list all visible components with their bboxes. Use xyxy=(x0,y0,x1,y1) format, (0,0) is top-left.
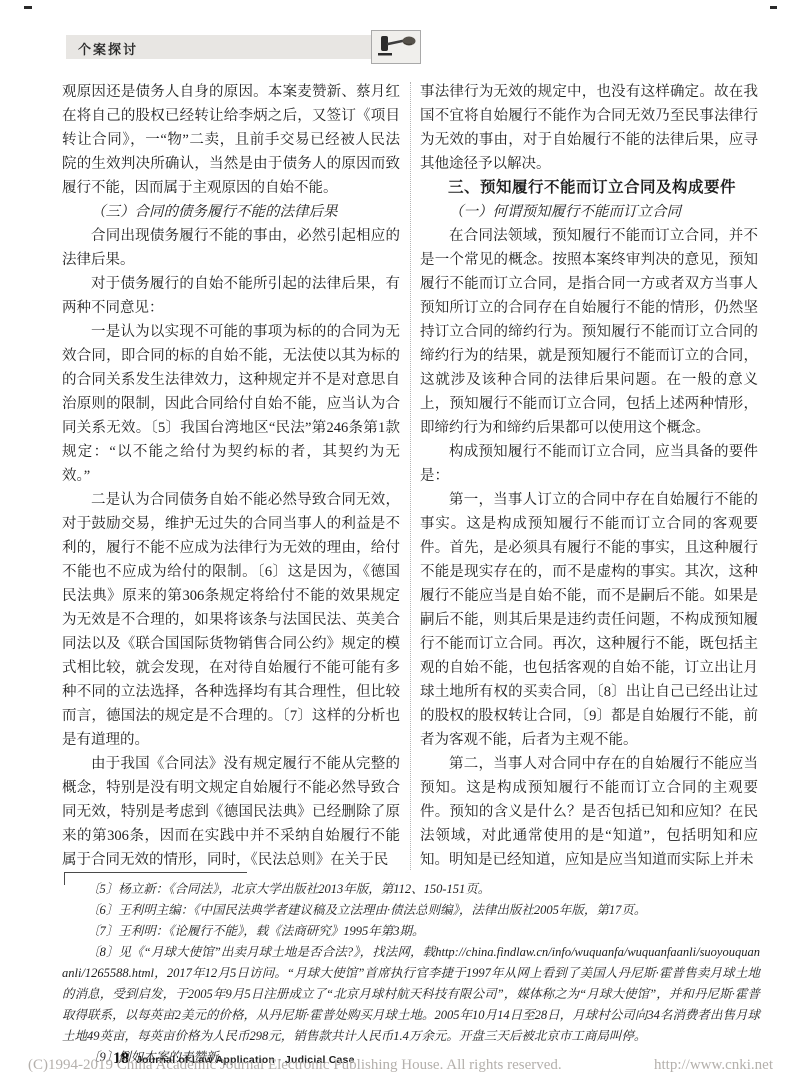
column-divider xyxy=(410,82,411,870)
footnote-5: 〔5〕杨立新：《合同法》，北京大学出版社2013年版，第112、150-151页… xyxy=(62,879,760,900)
footnote-7: 〔7〕王利明：《论履行不能》，载《法商研究》1995年第3期。 xyxy=(62,921,760,942)
section-header-bar: 个案探讨 xyxy=(66,35,420,59)
paragraph: 二是认为合同债务自始不能必然导致合同无效，对于鼓励交易，维护无过失的合同当事人的… xyxy=(62,488,400,752)
paragraph: 第一，当事人订立的合同中存在自始履行不能的事实。这是构成预知履行不能而订立合同的… xyxy=(420,488,758,752)
footnotes: 〔5〕杨立新：《合同法》，北京大学出版社2013年版，第112、150-151页… xyxy=(62,879,760,1068)
paragraph-continuation: 事法律行为无效的规定中，也没有这样确定。故在我国不宜将自始履行不能作为合同无效乃… xyxy=(420,80,758,176)
footnote-6: 〔6〕王利明主编：《中国民法典学者建议稿及立法理由·债法总则编》，法律出版社20… xyxy=(62,900,760,921)
paragraph: 构成预知履行不能而订立合同，应当具备的要件是： xyxy=(420,440,758,488)
journal-page: 个案探讨 观原因还是债务人自身的原因。本案麦赞新、蔡月红在将自己的股权已经转让给… xyxy=(0,0,800,1080)
paragraph-continuation: 观原因还是债务人自身的原因。本案麦赞新、蔡月红在将自己的股权已经转让给李炳之后，… xyxy=(62,80,400,200)
scan-artifact xyxy=(24,6,32,9)
right-column: 事法律行为无效的规定中，也没有这样确定。故在我国不宜将自始履行不能作为合同无效乃… xyxy=(420,80,758,872)
copyright-text: (C)1994-2019 China Academic Journal Elec… xyxy=(28,1057,562,1074)
left-column: 观原因还是债务人自身的原因。本案麦赞新、蔡月红在将自己的股权已经转让给李炳之后，… xyxy=(62,80,400,872)
cnki-url: http://www.cnki.net xyxy=(654,1057,773,1074)
copyright-watermark: (C)1994-2019 China Academic Journal Elec… xyxy=(28,1057,773,1074)
paragraph: 一是认为以实现不可能的事项为标的的合同为无效合同，即合同的标的自始不能，无法使以… xyxy=(62,320,400,488)
paragraph: 在合同法领域，预知履行不能而订立合同，并不是一个常见的概念。按照本案终审判决的意… xyxy=(420,224,758,440)
paragraph: 对于债务履行的自始不能所引起的法律后果，有两种不同意见： xyxy=(62,272,400,320)
gavel-icon xyxy=(371,30,421,64)
scan-artifact xyxy=(770,6,777,9)
section-heading: 三、预知履行不能而订立合同及构成要件 xyxy=(420,176,758,200)
subsection-heading: （三）合同的债务履行不能的法律后果 xyxy=(62,200,400,224)
paragraph: 第二，当事人对合同中存在的自始履行不能应当预知。这是构成预知履行不能而订立合同的… xyxy=(420,752,758,872)
subsection-heading: （一）何谓预知履行不能而订立合同 xyxy=(420,200,758,224)
paragraph: 由于我国《合同法》没有规定履行不能从完整的概念，特别是没有明文规定自始履行不能必… xyxy=(62,752,400,872)
paragraph: 合同出现债务履行不能的事由，必然引起相应的法律后果。 xyxy=(62,224,400,272)
section-label: 个案探讨 xyxy=(78,39,138,58)
footnote-8: 〔8〕见《“月球大使馆”出卖月球土地是否合法?》，找法网，载http://chi… xyxy=(62,942,760,1047)
